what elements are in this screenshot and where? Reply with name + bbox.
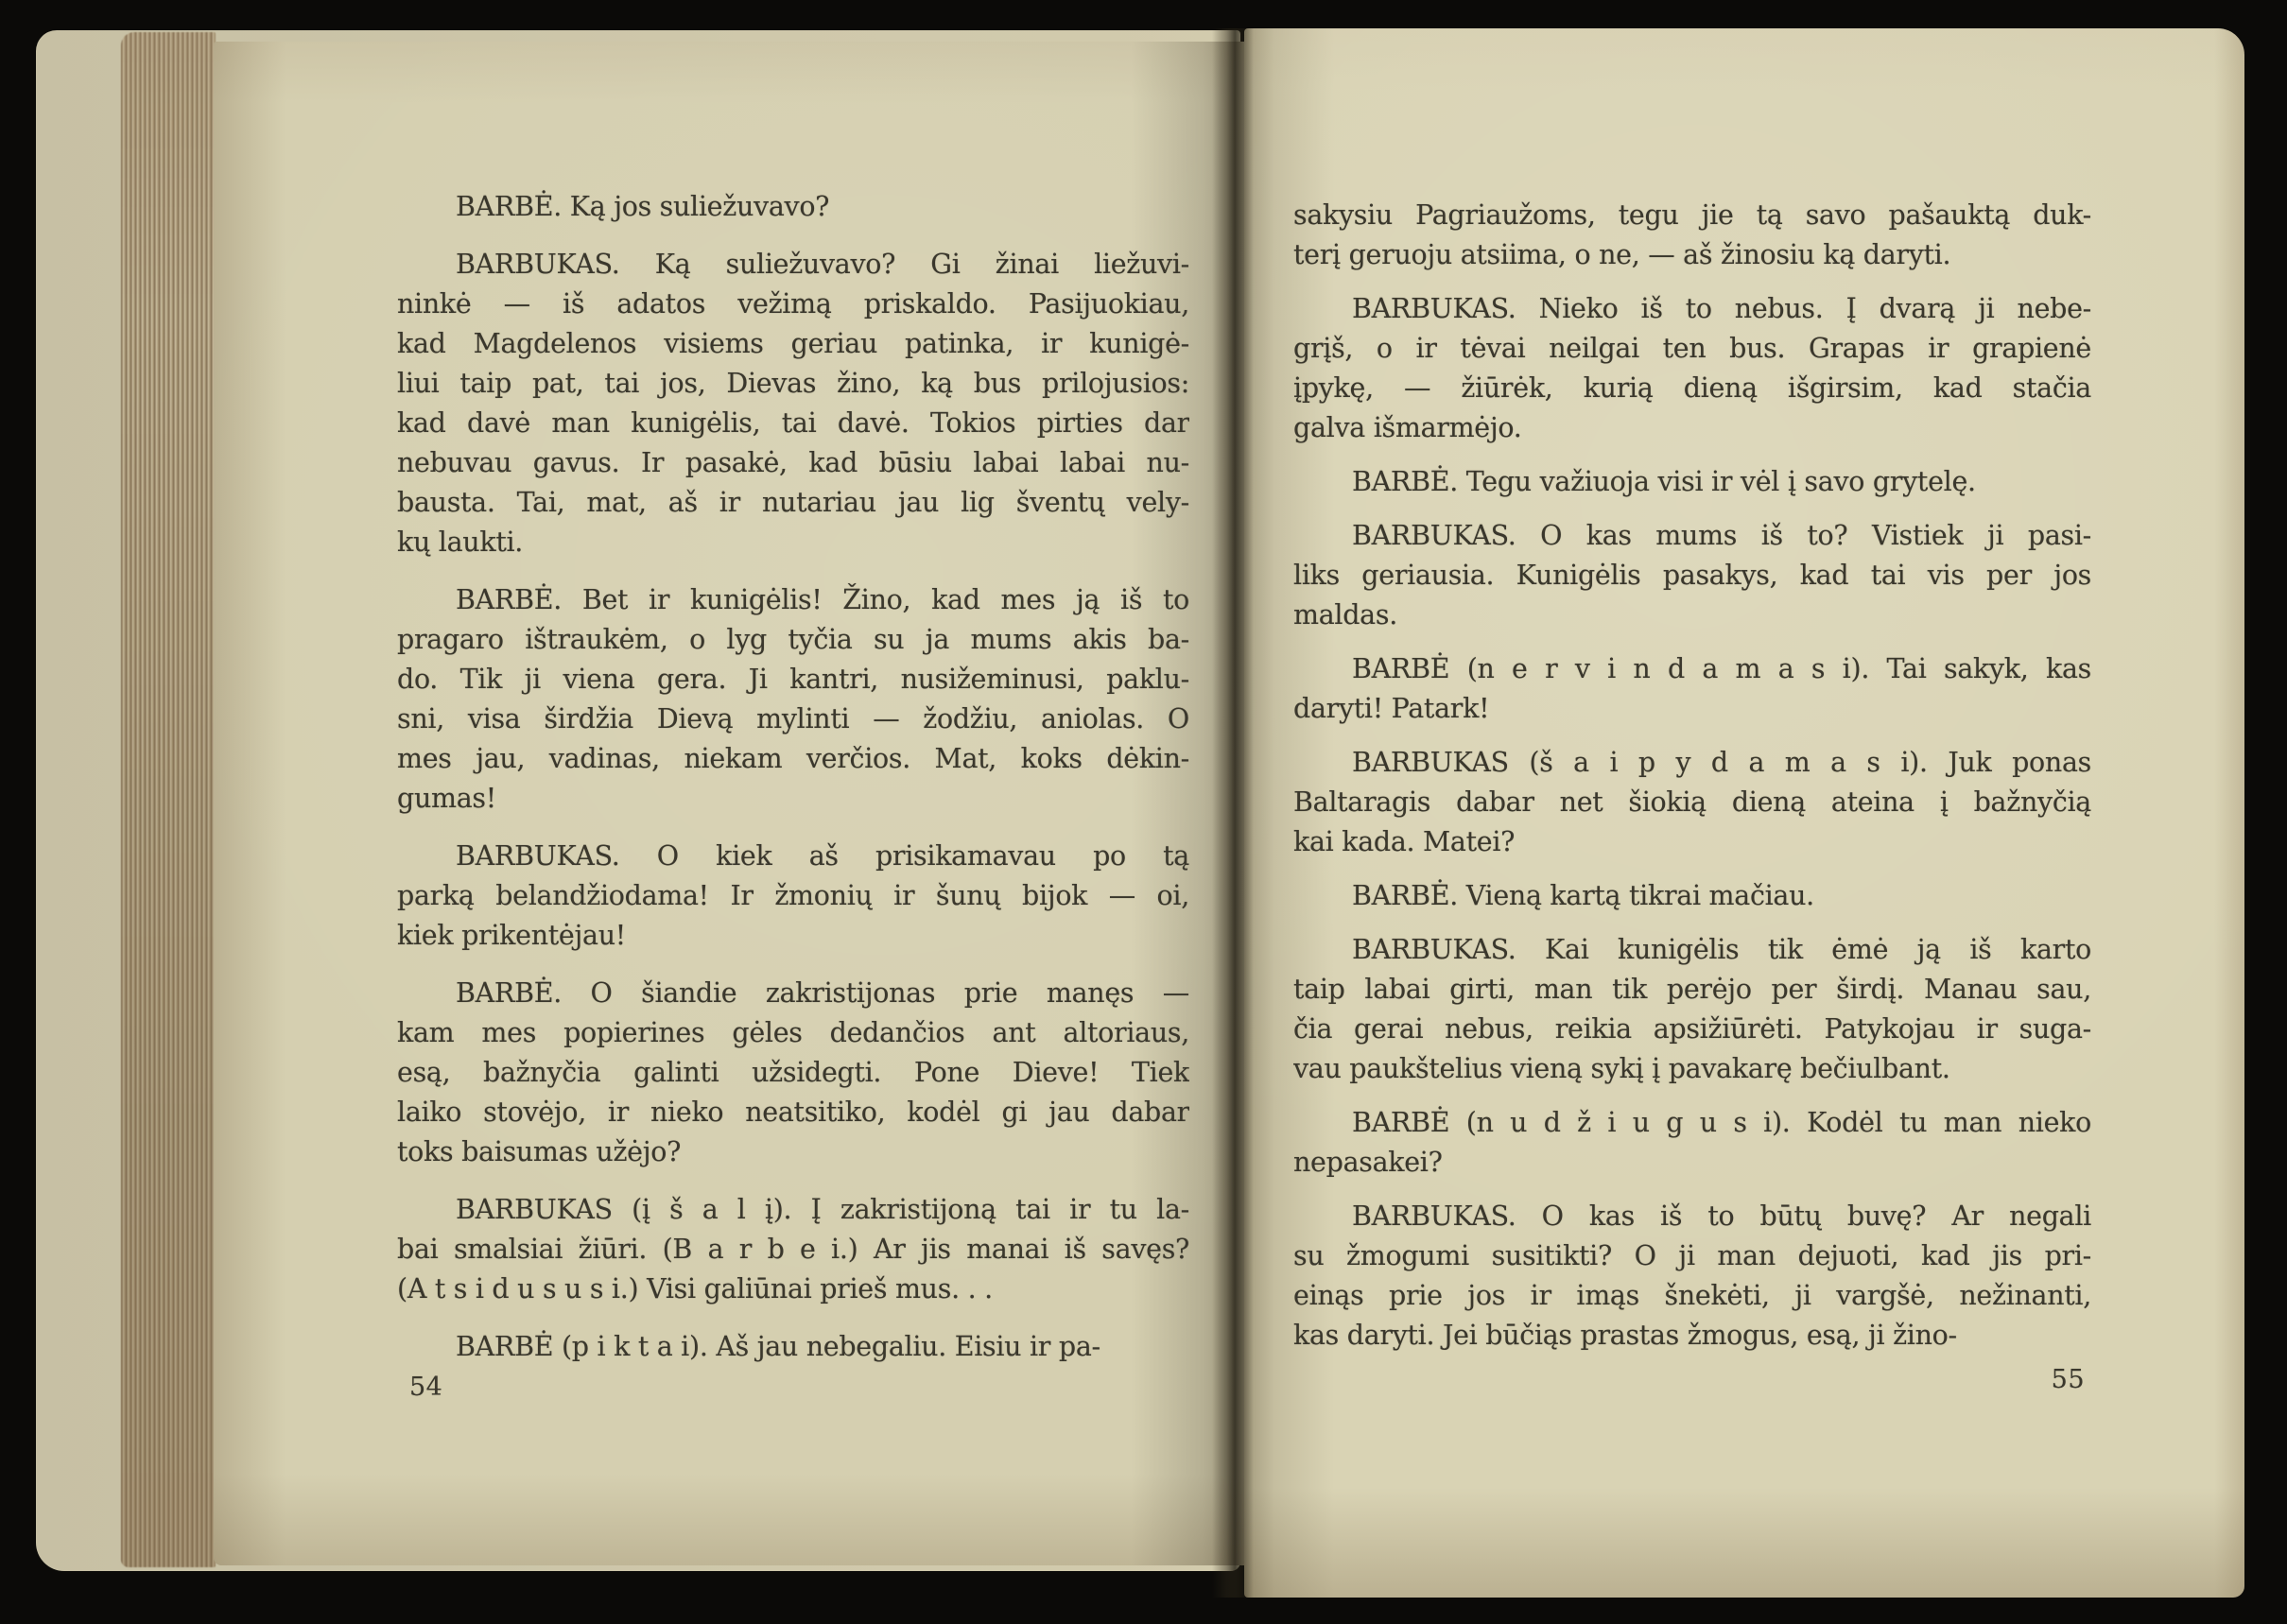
text-line: kad davė man kunigėlis, tai davė. Tokios… — [397, 404, 1189, 443]
paragraph: BARBUKAS. Ką suliežuvavo? Gi žinai liežu… — [397, 245, 1189, 562]
paragraph: sakysiu Pagriaužoms, tegu jie tą savo pa… — [1293, 196, 2091, 275]
text-line: pragaro ištraukėm, o lyg tyčia su ja mum… — [397, 620, 1189, 660]
paragraph: BARBUKAS. O kas mums iš to? Vistiek ji p… — [1293, 516, 2091, 635]
page-number-left: 54 — [409, 1373, 442, 1402]
right-page-text: sakysiu Pagriaužoms, tegu jie tą savo pa… — [1293, 196, 2091, 1356]
text-line: kiek prikentėjau! — [397, 916, 1189, 956]
paragraph: BARBUKAS. O kas iš to būtų buvę? Ar nega… — [1293, 1197, 2091, 1356]
text-line: BARBUKAS. Ką suliežuvavo? Gi žinai liežu… — [397, 245, 1189, 285]
paragraph: BARBĖ. Vieną kartą tikrai mačiau. — [1293, 876, 2091, 916]
text-line: BARBUKAS (į š a l į). Į zakristijoną tai… — [397, 1190, 1189, 1230]
text-line: sni, visa širdžia Dievą mylinti — žodžiu… — [397, 700, 1189, 739]
paragraph: BARBUKAS. Nieko iš to nebus. Į dvarą ji … — [1293, 289, 2091, 448]
text-line: maldas. — [1293, 596, 2091, 635]
text-line: BARBĖ. Bet ir kunigėlis! Žino, kad mes j… — [397, 580, 1189, 620]
paragraph: BARBĖ (p i k t a i). Aš jau nebegaliu. E… — [397, 1327, 1189, 1367]
text-line: laiko stovėjo, ir nieko neatsitiko, kodė… — [397, 1093, 1189, 1132]
paragraph: BARBĖ. Tegu važiuoja visi ir vėl į savo … — [1293, 462, 2091, 502]
text-line: liks geriausia. Kunigėlis pasakys, kad t… — [1293, 556, 2091, 596]
text-line: BARBĖ (n e r v i n d a m a s i). Tai sak… — [1293, 649, 2091, 689]
text-line: BARBUKAS (š a i p y d a m a s i). Juk po… — [1293, 743, 2091, 783]
page-edge-stack — [121, 32, 216, 1567]
text-line: (A t s i d u s u s i.) Visi galiūnai pri… — [397, 1270, 1189, 1309]
text-line: mes jau, vadinas, niekam verčios. Mat, k… — [397, 739, 1189, 779]
paragraph: BARBUKAS. Kai kunigėlis tik ėmė ją iš ka… — [1293, 930, 2091, 1089]
text-line: grįš, o ir tėvai neilgai ten bus. Grapas… — [1293, 329, 2091, 369]
paragraph: BARBUKAS. O kiek aš prisikamavau po tąpa… — [397, 837, 1189, 956]
text-line: BARBĖ. Ką jos suliežuvavo? — [397, 187, 1189, 227]
text-line: BARBUKAS. O kiek aš prisikamavau po tą — [397, 837, 1189, 876]
text-line: BARBĖ. Vieną kartą tikrai mačiau. — [1293, 876, 2091, 916]
text-line: do. Tik ji viena gera. Ji kantri, nusiže… — [397, 660, 1189, 700]
text-line: BARBĖ. Tegu važiuoja visi ir vėl į savo … — [1293, 462, 2091, 502]
paragraph: BARBĖ (n u d ž i u g u s i). Kodėl tu ma… — [1293, 1103, 2091, 1183]
text-line: kų laukti. — [397, 523, 1189, 562]
text-line: BARBUKAS. Nieko iš to nebus. Į dvarą ji … — [1293, 289, 2091, 329]
text-line: BARBUKAS. O kas iš to būtų buvę? Ar nega… — [1293, 1197, 2091, 1236]
text-line: gumas! — [397, 779, 1189, 819]
text-line: kai kada. Matei? — [1293, 822, 2091, 862]
text-line: Baltaragis dabar net šiokią dieną ateina… — [1293, 783, 2091, 822]
text-line: terį geruoju atsiima, o ne, — aš žinosiu… — [1293, 235, 2091, 275]
text-line: BARBĖ. O šiandie zakristijonas prie manę… — [397, 974, 1189, 1013]
text-line: BARBĖ (p i k t a i). Aš jau nebegaliu. E… — [397, 1327, 1189, 1367]
text-line: su žmogumi susitikti? O ji man dejuoti, … — [1293, 1236, 2091, 1276]
text-line: parką belandžiodama! Ir žmonių ir šunų b… — [397, 876, 1189, 916]
left-page-text: BARBĖ. Ką jos suliežuvavo?BARBUKAS. Ką s… — [397, 187, 1189, 1367]
text-line: įpykę, — žiūrėk, kurią dieną išgirsim, k… — [1293, 369, 2091, 408]
text-line: galva išmarmėjo. — [1293, 408, 2091, 448]
text-line: čia gerai nebus, reikia apsižiūrėti. Pat… — [1293, 1010, 2091, 1049]
paragraph: BARBUKAS (į š a l į). Į zakristijoną tai… — [397, 1190, 1189, 1309]
text-line: esą, bažnyčia galinti užsidegti. Pone Di… — [397, 1053, 1189, 1093]
text-line: kad Magdelenos visiems geriau patinka, i… — [397, 324, 1189, 364]
text-line: ninkė — iš adatos vežimą priskaldo. Pasi… — [397, 285, 1189, 324]
text-line: BARBUKAS. O kas mums iš to? Vistiek ji p… — [1293, 516, 2091, 556]
text-line: sakysiu Pagriaužoms, tegu jie tą savo pa… — [1293, 196, 2091, 235]
page-number-right: 55 — [1872, 1365, 2085, 1394]
paragraph: BARBĖ (n e r v i n d a m a s i). Tai sak… — [1293, 649, 2091, 729]
text-line: vau paukštelius vieną sykį į pavakarę be… — [1293, 1049, 2091, 1089]
text-line: daryti! Patark! — [1293, 689, 2091, 729]
text-line: bai smalsiai žiūri. (B a r b e i.) Ar ji… — [397, 1230, 1189, 1270]
text-line: BARBĖ (n u d ž i u g u s i). Kodėl tu ma… — [1293, 1103, 2091, 1143]
paragraph: BARBĖ. Ką jos suliežuvavo? — [397, 187, 1189, 227]
text-line: nebuvau gavus. Ir pasakė, kad būsiu laba… — [397, 443, 1189, 483]
gutter-shadow — [1212, 28, 1254, 1598]
paragraph: BARBUKAS (š a i p y d a m a s i). Juk po… — [1293, 743, 2091, 862]
text-line: bausta. Tai, mat, aš ir nutariau jau lig… — [397, 483, 1189, 523]
text-line: nepasakei? — [1293, 1143, 2091, 1183]
text-line: BARBUKAS. Kai kunigėlis tik ėmė ją iš ka… — [1293, 930, 2091, 970]
paragraph: BARBĖ. O šiandie zakristijonas prie manę… — [397, 974, 1189, 1172]
text-line: einąs prie jos ir imąs šnekėti, ji vargš… — [1293, 1276, 2091, 1316]
text-line: kam mes popierines gėles dedančios ant a… — [397, 1013, 1189, 1053]
text-line: taip labai girti, man tik perėjo per šir… — [1293, 970, 2091, 1010]
paragraph: BARBĖ. Bet ir kunigėlis! Žino, kad mes j… — [397, 580, 1189, 819]
text-line: kas daryti. Jei būčiąs prastas žmogus, e… — [1293, 1316, 2091, 1356]
text-line: liui taip pat, tai jos, Dievas žino, ką … — [397, 364, 1189, 404]
text-line: toks baisumas užėjo? — [397, 1132, 1189, 1172]
